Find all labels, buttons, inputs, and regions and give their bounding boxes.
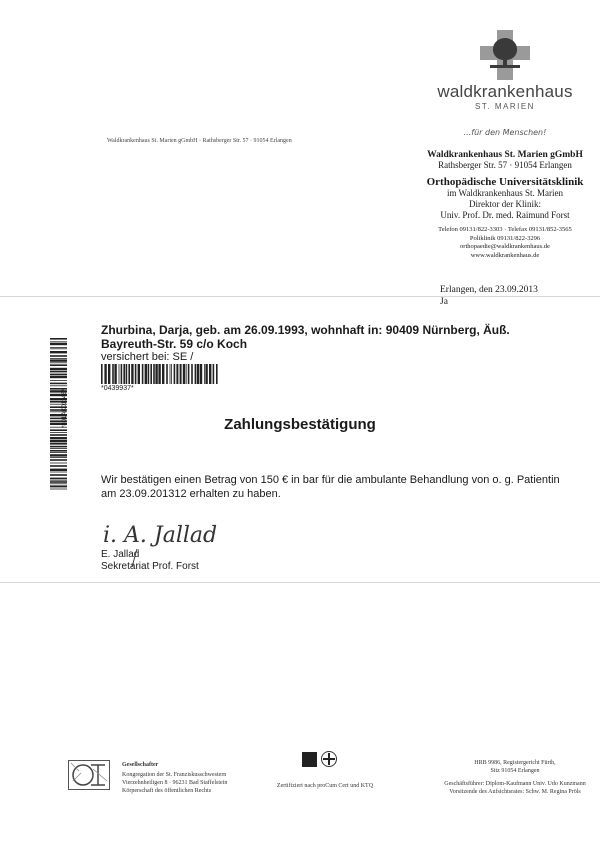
patient-barcode-code: *0439937* — [101, 385, 134, 392]
footer-line: Körperschaft des öffentlichen Rechts — [122, 787, 227, 795]
footer-heading: Gesellschafter — [122, 761, 227, 769]
sender-return-address: Waldkrankenhaus St. Marien gGmbH · Raths… — [107, 138, 292, 144]
footer-legal: HRB 9986, Registergericht Fürth, Sitz 91… — [440, 760, 590, 796]
phone-fax: Telefon 09131/822-3303 · Telefax 09131/8… — [405, 226, 600, 235]
date-line: Erlangen, den 23.09.2013 — [440, 284, 538, 296]
confirmation-text: Wir bestätigen einen Betrag von 150 € in… — [101, 474, 561, 501]
clinic-line: Direktor der Klinik: — [405, 199, 600, 210]
logo-subtitle: ST. MARIEN — [430, 102, 580, 111]
patient-details: Zhurbina, Darja, geb. am 26.09.1993, woh… — [101, 323, 561, 351]
org-address: Rathsberger Str. 57 · 91054 Erlangen — [405, 160, 600, 170]
logo-name: waldkrankenhaus — [430, 82, 580, 102]
poliklinik-phone: Poliklinik 09131/822-3296 — [405, 235, 600, 244]
letterhead-info: Waldkrankenhaus St. Marien gGmbH Rathsbe… — [405, 150, 600, 260]
initials: Ja — [440, 296, 538, 308]
hospital-logo: waldkrankenhaus ST. MARIEN — [430, 30, 580, 111]
footer-line: HRB 9986, Registergericht Fürth, — [440, 760, 590, 768]
org-name: Waldkrankenhaus St. Marien gGmbH — [405, 150, 600, 160]
footer-line: Sitz 91054 Erlangen — [440, 768, 590, 776]
clinic-name: Orthopädische Universitätsklinik — [405, 176, 600, 188]
congregation-logo-icon — [68, 760, 110, 790]
certification-icons — [302, 750, 337, 768]
clinic-director: Univ. Prof. Dr. med. Raimund Forst — [405, 210, 600, 221]
insurance-info: versichert bei: SE / — [101, 351, 193, 363]
website-link[interactable]: www.waldkrankenhaus.de — [405, 252, 600, 261]
signer-block: E. Jallad Sekretariat Prof. Forst — [101, 549, 199, 573]
cross-tree-icon — [480, 30, 530, 80]
handwritten-signature: i. A. Jallad — [103, 523, 217, 548]
clinic-line: im Waldkrankenhaus St. Marien — [405, 188, 600, 199]
signer-name: E. Jallad — [101, 549, 199, 561]
email-link[interactable]: orthopaedie@waldkrankenhaus.de — [405, 243, 600, 252]
fold-line — [0, 582, 600, 583]
document-title: Zahlungsbestätigung — [0, 416, 600, 433]
fold-line — [0, 296, 600, 297]
tagline: ...für den Menschen! — [430, 128, 580, 137]
footer-line: Vierzehnheiligen 8 · 96231 Bad Staffelst… — [122, 779, 227, 787]
patient-barcode — [101, 364, 219, 384]
footer-line: Kongregation der St. Franziskusschwester… — [122, 771, 227, 779]
footer-line: Geschäftsführer: Diplom-Kaufmann Univ. U… — [440, 781, 590, 789]
signer-role: Sekretariat Prof. Forst — [101, 561, 199, 573]
footer-line: Vorsitzende des Aufsichtsrates: Schw. M.… — [440, 789, 590, 797]
footer-shareholder: Gesellschafter Kongregation der St. Fran… — [122, 761, 227, 795]
ktq-icon — [321, 751, 337, 767]
certification-text: Zertifiziert nach proCum Cert und KTQ — [270, 783, 380, 789]
procum-cert-icon — [302, 752, 317, 767]
